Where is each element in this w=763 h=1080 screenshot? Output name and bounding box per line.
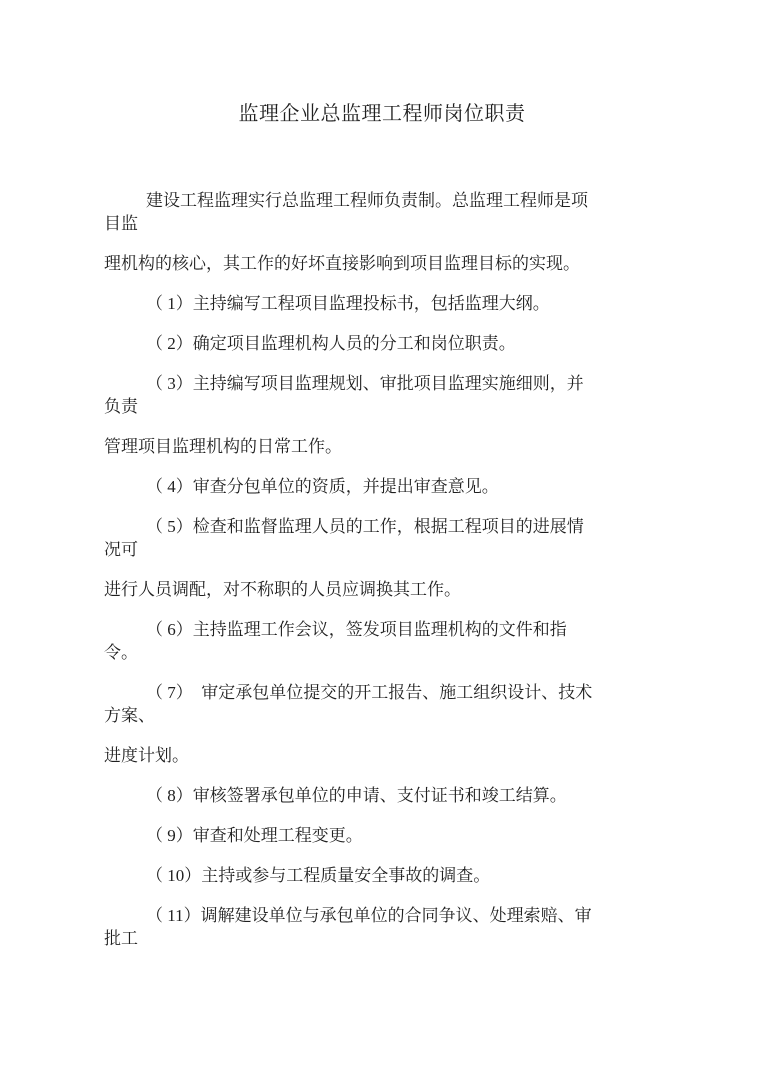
document-title: 监理企业总监理工程师岗位职责 — [104, 99, 660, 129]
paragraph-item-3-cont: 管理项目监理机构的日常工作。 — [104, 435, 660, 458]
paragraph-item-10: （ 10）主持或参与工程质量安全事故的调查。 — [104, 864, 660, 887]
document-page: 监理企业总监理工程师岗位职责 建设工程监理实行总监理工程师负责制。总监理工程师是… — [0, 0, 763, 1080]
paragraph-item-11: （ 11）调解建设单位与承包单位的合同争议、处理索赔、审 批工 — [104, 904, 660, 950]
paragraph-intro-line1: 建设工程监理实行总监理工程师负责制。总监理工程师是项 目监 — [104, 189, 660, 235]
paragraph-item-2: （ 2）确定项目监理机构人员的分工和岗位职责。 — [104, 332, 660, 355]
paragraph-item-3: （ 3）主持编写项目监理规划、审批项目监理实施细则，并 负责 — [104, 372, 660, 418]
paragraph-item-8: （ 8）审核签署承包单位的申请、支付证书和竣工结算。 — [104, 784, 660, 807]
paragraph-item-5-cont: 进行人员调配，对不称职的人员应调换其工作。 — [104, 578, 660, 601]
paragraph-item-1: （ 1）主持编写工程项目监理投标书，包括监理大纲。 — [104, 292, 660, 315]
paragraph-item-4: （ 4）审查分包单位的资质，并提出审查意见。 — [104, 475, 660, 498]
paragraph-item-9: （ 9）审查和处理工程变更。 — [104, 824, 660, 847]
paragraph-item-7: （ 7） 审定承包单位提交的开工报告、施工组织设计、技术 方案、 — [104, 681, 660, 727]
paragraph-intro-line2: 理机构的核心，其工作的好坏直接影响到项目监理目标的实现。 — [104, 252, 660, 275]
paragraph-item-6: （ 6）主持监理工作会议，签发项目监理机构的文件和指 令。 — [104, 618, 660, 664]
paragraph-item-5: （ 5）检查和监督监理人员的工作，根据工程项目的进展情 况可 — [104, 515, 660, 561]
paragraph-item-7-cont: 进度计划。 — [104, 744, 660, 767]
